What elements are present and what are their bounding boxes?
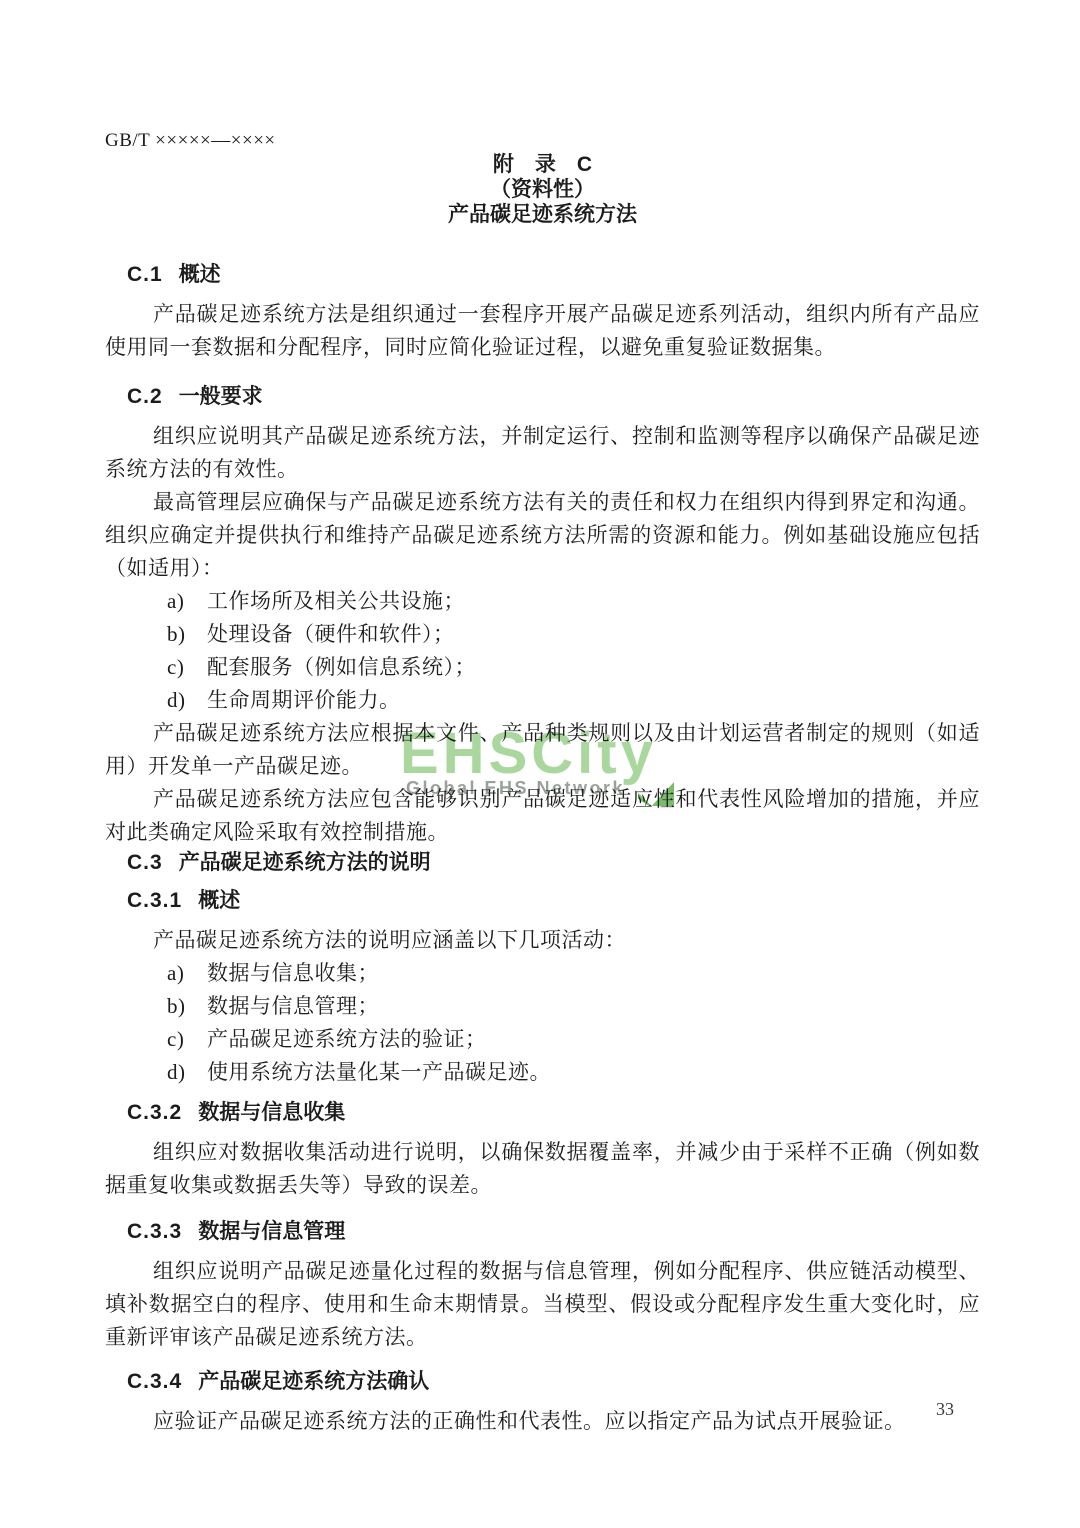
list-item: c)配套服务（例如信息系统）； (105, 651, 980, 684)
list-item-text: 产品碳足迹系统方法的验证； (207, 1027, 487, 1051)
list-item-label: a) (167, 585, 207, 618)
list-item: a)工作场所及相关公共设施； (105, 585, 980, 618)
list-item-text: 工作场所及相关公共设施； (207, 589, 465, 613)
list-item-label: c) (167, 651, 207, 684)
list-item: c)产品碳足迹系统方法的验证； (105, 1023, 980, 1056)
list-item: b)处理设备（硬件和软件）； (105, 618, 980, 651)
section-heading-c34: C.3.4产品碳足迹系统方法确认 (127, 1370, 980, 1394)
paragraph: 产品碳足迹系统方法应根据本文件、产品种类规则以及由计划运营者制定的规则（如适用）… (105, 717, 980, 783)
paragraph: 应验证产品碳足迹系统方法的正确性和代表性。应以指定产品为试点开展验证。 (105, 1405, 980, 1438)
list-item-text: 生命周期评价能力。 (207, 688, 401, 712)
section-number: C.3.2 (127, 1101, 182, 1124)
paragraph: 组织应对数据收集活动进行说明，以确保数据覆盖率，并减少由于采样不正确（例如数据重… (105, 1136, 980, 1202)
section-title: 概述 (198, 889, 240, 912)
appendix-label: 附 录 C (105, 152, 980, 177)
paragraph: 最高管理层应确保与产品碳足迹系统方法有关的责任和权力在组织内得到界定和沟通。组织… (105, 486, 980, 585)
document-page: EHSCity Global EHS Network GB/T ×××××—××… (0, 0, 1080, 1528)
list-item-text: 处理设备（硬件和软件）； (207, 622, 455, 646)
paragraph: 产品碳足迹系统方法应包含能够识别产品碳足迹适应性和代表性风险增加的措施，并应对此… (105, 783, 980, 849)
section-title: 产品碳足迹系统方法确认 (198, 1370, 429, 1393)
section-heading-c33: C.3.3数据与信息管理 (127, 1220, 980, 1244)
section-title: 数据与信息管理 (198, 1220, 345, 1243)
section-number: C.3 (127, 851, 163, 874)
appendix-subject: 产品碳足迹系统方法 (105, 202, 980, 227)
appendix-title-block: 附 录 C （资料性） 产品碳足迹系统方法 (105, 152, 980, 227)
list-item: a)数据与信息收集； (105, 957, 980, 990)
list-item-text: 数据与信息收集； (207, 961, 379, 985)
list-item-label: d) (167, 684, 207, 717)
section-heading-c32: C.3.2数据与信息收集 (127, 1101, 980, 1125)
section-number: C.3.3 (127, 1220, 182, 1243)
paragraph: 产品碳足迹系统方法是组织通过一套程序开展产品碳足迹系列活动，组织内所有产品应使用… (105, 298, 980, 364)
section-number: C.3.1 (127, 889, 182, 912)
list-item-label: b) (167, 990, 207, 1023)
list-item-label: a) (167, 957, 207, 990)
section-title: 一般要求 (179, 385, 263, 408)
list-item-text: 配套服务（例如信息系统）； (207, 655, 476, 679)
list-item-text: 数据与信息管理； (207, 994, 379, 1018)
list-item: d)生命周期评价能力。 (105, 684, 980, 717)
list-item-text: 使用系统方法量化某一产品碳足迹。 (207, 1060, 551, 1084)
section-heading-c2: C.2一般要求 (127, 385, 980, 409)
paragraph: 组织应说明产品碳足迹量化过程的数据与信息管理，例如分配程序、供应链活动模型、填补… (105, 1255, 980, 1354)
page-number: 33 (936, 1398, 954, 1420)
document-content: GB/T ×××××—×××× 附 录 C （资料性） 产品碳足迹系统方法 C.… (0, 0, 1080, 1438)
section-number: C.1 (127, 263, 163, 286)
section-heading-c3: C.3产品碳足迹系统方法的说明 (127, 851, 980, 875)
list-item: b)数据与信息管理； (105, 990, 980, 1023)
list-item-label: d) (167, 1056, 207, 1089)
appendix-type-note: （资料性） (105, 177, 980, 202)
standard-number-header: GB/T ×××××—×××× (105, 130, 980, 152)
section-title: 数据与信息收集 (198, 1101, 345, 1124)
paragraph: 组织应说明其产品碳足迹系统方法，并制定运行、控制和监测等程序以确保产品碳足迹系统… (105, 420, 980, 486)
list-item: d)使用系统方法量化某一产品碳足迹。 (105, 1056, 980, 1089)
section-number: C.3.4 (127, 1370, 182, 1393)
list-item-label: b) (167, 618, 207, 651)
paragraph: 产品碳足迹系统方法的说明应涵盖以下几项活动： (105, 924, 980, 957)
section-heading-c31: C.3.1概述 (127, 889, 980, 913)
section-heading-c1: C.1概述 (127, 263, 980, 287)
section-title: 产品碳足迹系统方法的说明 (179, 851, 431, 874)
section-title: 概述 (179, 263, 221, 286)
section-number: C.2 (127, 385, 163, 408)
list-item-label: c) (167, 1023, 207, 1056)
